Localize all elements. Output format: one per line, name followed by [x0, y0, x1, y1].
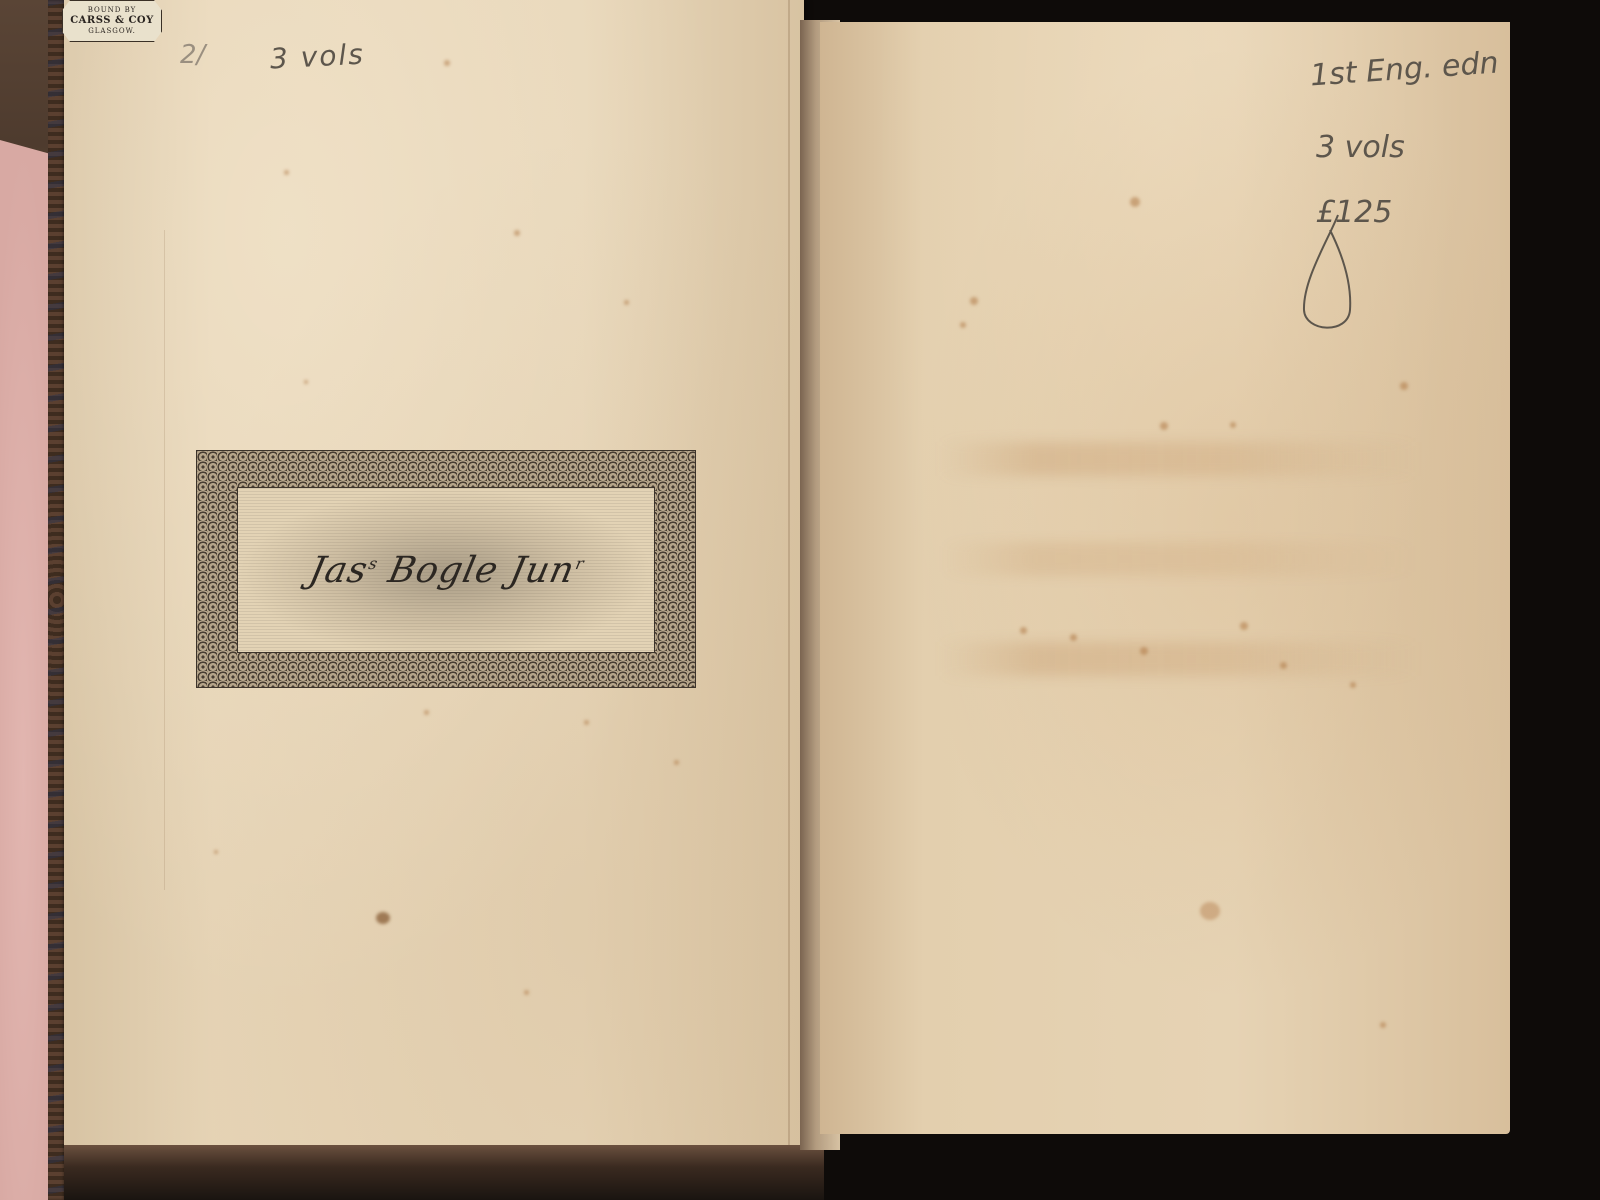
bookplate-panel: Jass Bogle Junr — [237, 487, 655, 653]
foxing-spot — [514, 230, 520, 236]
binder-ticket: BOUND BY CARSS & COY GLASGOW. — [62, 0, 162, 42]
engraved-bookplate: Jass Bogle Junr — [196, 450, 696, 688]
foxing-band — [940, 442, 1420, 476]
foxing-spot — [1400, 382, 1408, 390]
name-prefix: Jas — [305, 550, 371, 591]
surname: Bogle — [384, 550, 502, 591]
foxing-spot — [1070, 634, 1077, 641]
pencil-loop-mark — [1298, 210, 1358, 335]
binder-ticket-line1: BOUND BY — [88, 7, 137, 14]
foxing-spot — [1230, 422, 1236, 428]
foxing-spot — [970, 297, 978, 305]
foxing-spot — [1200, 902, 1220, 920]
foxing-spot — [376, 912, 390, 924]
foxing-spot — [1280, 662, 1287, 669]
foxing-band — [940, 642, 1420, 676]
foxing-spot — [1160, 422, 1168, 430]
foxing-band — [940, 542, 1420, 576]
page-crease — [164, 230, 165, 890]
pencil-note-volumes-left: 3 vols — [269, 38, 365, 76]
foxing-spot — [1140, 647, 1148, 655]
foxing-spot — [304, 380, 308, 384]
pencil-mark-top-left: 2/ — [180, 40, 205, 70]
foxing-spot — [1350, 682, 1356, 688]
foxing-spot — [524, 990, 529, 995]
foxing-spot — [1380, 1022, 1386, 1028]
foxing-spot — [284, 170, 289, 175]
foxing-spot — [624, 300, 629, 305]
foxing-spot — [1240, 622, 1248, 630]
foxing-spot — [424, 710, 429, 715]
bookplate-owner-name: Jass Bogle Junr — [305, 550, 587, 591]
free-endpaper-page — [820, 22, 1510, 1134]
open-book-photo: BOUND BY CARSS & COY GLASGOW. 2/ 3 vols … — [0, 0, 1600, 1200]
cover-bottom-edge — [64, 1145, 824, 1200]
binder-ticket-city: GLASGOW. — [88, 28, 136, 35]
name-suffix: Jun — [506, 550, 579, 591]
foxing-spot — [1130, 197, 1140, 207]
foxing-spot — [214, 850, 218, 854]
foxing-spot — [1020, 627, 1027, 634]
hinge-fold — [788, 0, 790, 1150]
foxing-spot — [444, 60, 450, 66]
pencil-note-volumes-right: 3 vols — [1316, 130, 1405, 165]
foxing-spot — [584, 720, 589, 725]
foxing-spot — [674, 760, 679, 765]
binder-ticket-name: CARSS & COY — [70, 16, 154, 26]
foxing-spot — [960, 322, 966, 328]
